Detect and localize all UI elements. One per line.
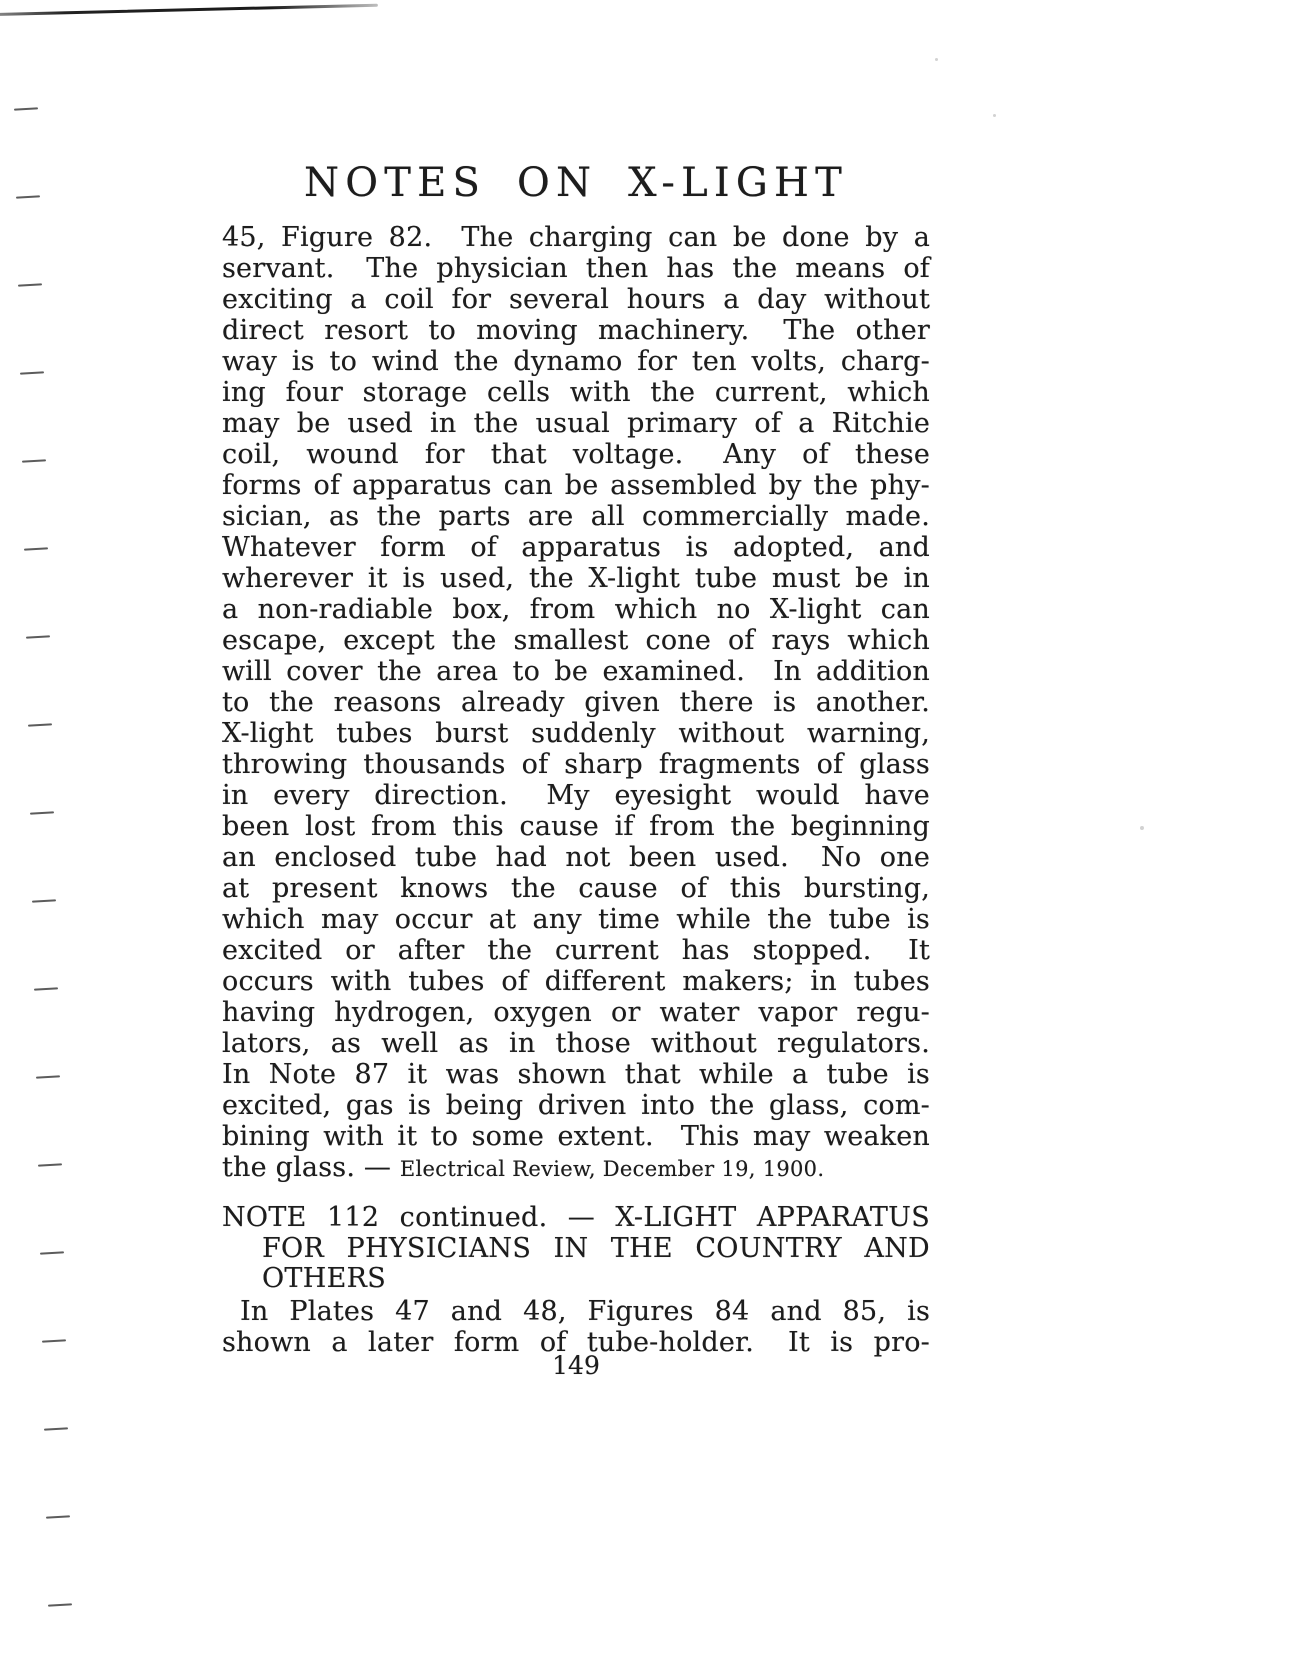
text-line: Whatever form of apparatus is adopted, a… [222, 532, 930, 563]
margin-mark [20, 371, 44, 374]
text-line: will cover the area to be examined. In a… [222, 656, 930, 687]
text-line: to the reasons already given there is an… [222, 687, 930, 718]
text-line: In Plates 47 and 48, Figures 84 and 85, … [222, 1296, 930, 1327]
margin-mark [22, 459, 46, 462]
margin-mark [46, 1515, 70, 1518]
text-line: In Note 87 it was shown that while a tub… [222, 1059, 930, 1090]
margin-mark [16, 195, 40, 198]
second-paragraph: In Plates 47 and 48, Figures 84 and 85, … [222, 1296, 930, 1358]
note-heading-line-3: OTHERS [222, 1264, 930, 1295]
text-line: bining with it to some extent. This may … [222, 1121, 930, 1152]
text-line: sician, as the parts are all commerciall… [222, 501, 930, 532]
note-heading-line-2: FOR PHYSICIANS IN THE COUNTRY AND [222, 1234, 930, 1265]
margin-mark [34, 987, 58, 990]
margin-mark [36, 1075, 60, 1078]
text-line: at present knows the cause of this burst… [222, 873, 930, 904]
page-number: 149 [222, 1352, 930, 1380]
text-line: servant. The physician then has the mean… [222, 253, 930, 284]
speck [993, 114, 996, 117]
note-heading-line-1: NOTE 112 continued. — X-LIGHT APPARATUS [222, 1203, 930, 1234]
text-line: in every direction. My eyesight would ha… [222, 780, 930, 811]
speck [935, 58, 938, 61]
text-line: the glass. — Electrical Review, December… [222, 1152, 930, 1185]
text-line: X-light tubes burst suddenly without war… [222, 718, 930, 749]
margin-mark [24, 547, 48, 550]
text-line: throwing thousands of sharp fragments of… [222, 749, 930, 780]
margin-mark [38, 1163, 62, 1166]
text-line: having hydrogen, oxygen or water vapor r… [222, 997, 930, 1028]
text-line: lators, as well as in those without regu… [222, 1028, 930, 1059]
margin-mark [14, 107, 38, 110]
margin-mark [32, 899, 56, 902]
page: NOTES ON X-LIGHT 45, Figure 82. The char… [0, 0, 1299, 1661]
text-line: exciting a coil for several hours a day … [222, 284, 930, 315]
text-line: wherever it is used, the X-light tube mu… [222, 563, 930, 594]
speck [1140, 826, 1144, 830]
text-line: coil, wound for that voltage. Any of the… [222, 439, 930, 470]
margin-mark [30, 811, 54, 814]
margin-mark [40, 1251, 64, 1254]
note-heading: NOTE 112 continued. — X-LIGHT APPARATUS … [222, 1203, 930, 1295]
text-line: forms of apparatus can be assembled by t… [222, 470, 930, 501]
text-line: an enclosed tube had not been used. No o… [222, 842, 930, 873]
margin-mark [42, 1339, 66, 1342]
margin-mark [48, 1603, 72, 1606]
margin-mark [18, 283, 42, 286]
margin-mark [28, 723, 52, 726]
text-line: a non-radiable box, from which no X-ligh… [222, 594, 930, 625]
page-title: NOTES ON X-LIGHT [222, 160, 930, 206]
text-line: ing four storage cells with the current,… [222, 377, 930, 408]
text-line: been lost from this cause if from the be… [222, 811, 930, 842]
text-line: way is to wind the dynamo for ten volts,… [222, 346, 930, 377]
text-line: occurs with tubes of different makers; i… [222, 966, 930, 997]
text-line: excited, gas is being driven into the gl… [222, 1090, 930, 1121]
main-paragraph: 45, Figure 82. The charging can be done … [222, 222, 930, 1185]
text-line: direct resort to moving machinery. The o… [222, 315, 930, 346]
text-line: which may occur at any time while the tu… [222, 904, 930, 935]
text-line: may be used in the usual primary of a Ri… [222, 408, 930, 439]
margin-mark [44, 1427, 68, 1430]
text-line: 45, Figure 82. The charging can be done … [222, 222, 930, 253]
text-line: excited or after the current has stopped… [222, 935, 930, 966]
margin-mark [26, 635, 50, 638]
text-run: the glass. — [222, 1152, 400, 1183]
scan-artifact-line [0, 4, 378, 16]
citation: Electrical Review, December 19, 1900. [400, 1157, 824, 1181]
text-line: escape, except the smallest cone of rays… [222, 625, 930, 656]
